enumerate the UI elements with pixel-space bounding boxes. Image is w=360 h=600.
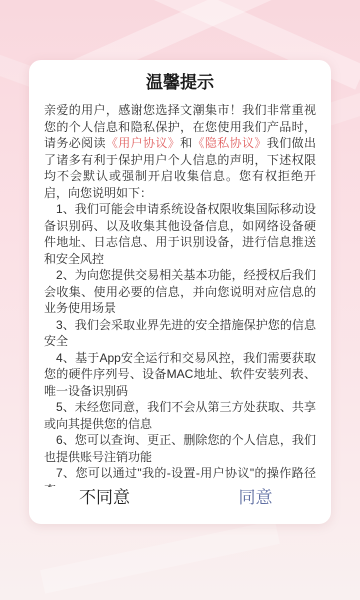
privacy-consent-dialog: 温馨提示 亲爱的用户，感谢您选择文潮集市！我们非常重视您的个人信息和隐私保护，在… <box>29 60 331 524</box>
dialog-title: 温馨提示 <box>44 73 316 92</box>
privacy-agreement-link[interactable]: 《隐私协议》 <box>193 136 267 150</box>
policy-item-3: 3、我们会采取业界先进的安全措施保护您的信息安全 <box>44 317 316 350</box>
policy-item-4: 4、基于App安全运行和交易风控，我们需要获取您的硬件序列号、设备MAC地址、软… <box>44 350 316 400</box>
agree-button[interactable]: 同意 <box>180 487 331 509</box>
dialog-content[interactable]: 亲爱的用户，感谢您选择文潮集市！我们非常重视您的个人信息和隐私保护，在您使用我们… <box>44 102 316 487</box>
policy-item-2: 2、为向您提供交易相关基本功能，经授权后我们会收集、使用必要的信息，并向您说明对… <box>44 267 316 317</box>
dialog-button-row: 不同意 同意 <box>29 472 331 524</box>
intro-paragraph: 亲爱的用户，感谢您选择文潮集市！我们非常重视您的个人信息和隐私保护，在您使用我们… <box>44 102 316 201</box>
policy-item-1: 1、我们可能会申请系统设备权限收集国际移动设备识别码、以及收集其他设备信息，如网… <box>44 201 316 267</box>
intro-conjunction: 和 <box>180 136 192 150</box>
background-chevron <box>40 520 280 593</box>
policy-item-6: 6、您可以查询、更正、删除您的个人信息，我们也提供账号注销功能 <box>44 432 316 465</box>
disagree-button[interactable]: 不同意 <box>29 487 180 509</box>
app-screen: 温馨提示 亲爱的用户，感谢您选择文潮集市！我们非常重视您的个人信息和隐私保护，在… <box>0 0 360 600</box>
user-agreement-link[interactable]: 《用户协议》 <box>106 136 180 150</box>
policy-item-5: 5、未经您同意，我们不会从第三方处获取、共享或向其提供您的信息 <box>44 399 316 432</box>
